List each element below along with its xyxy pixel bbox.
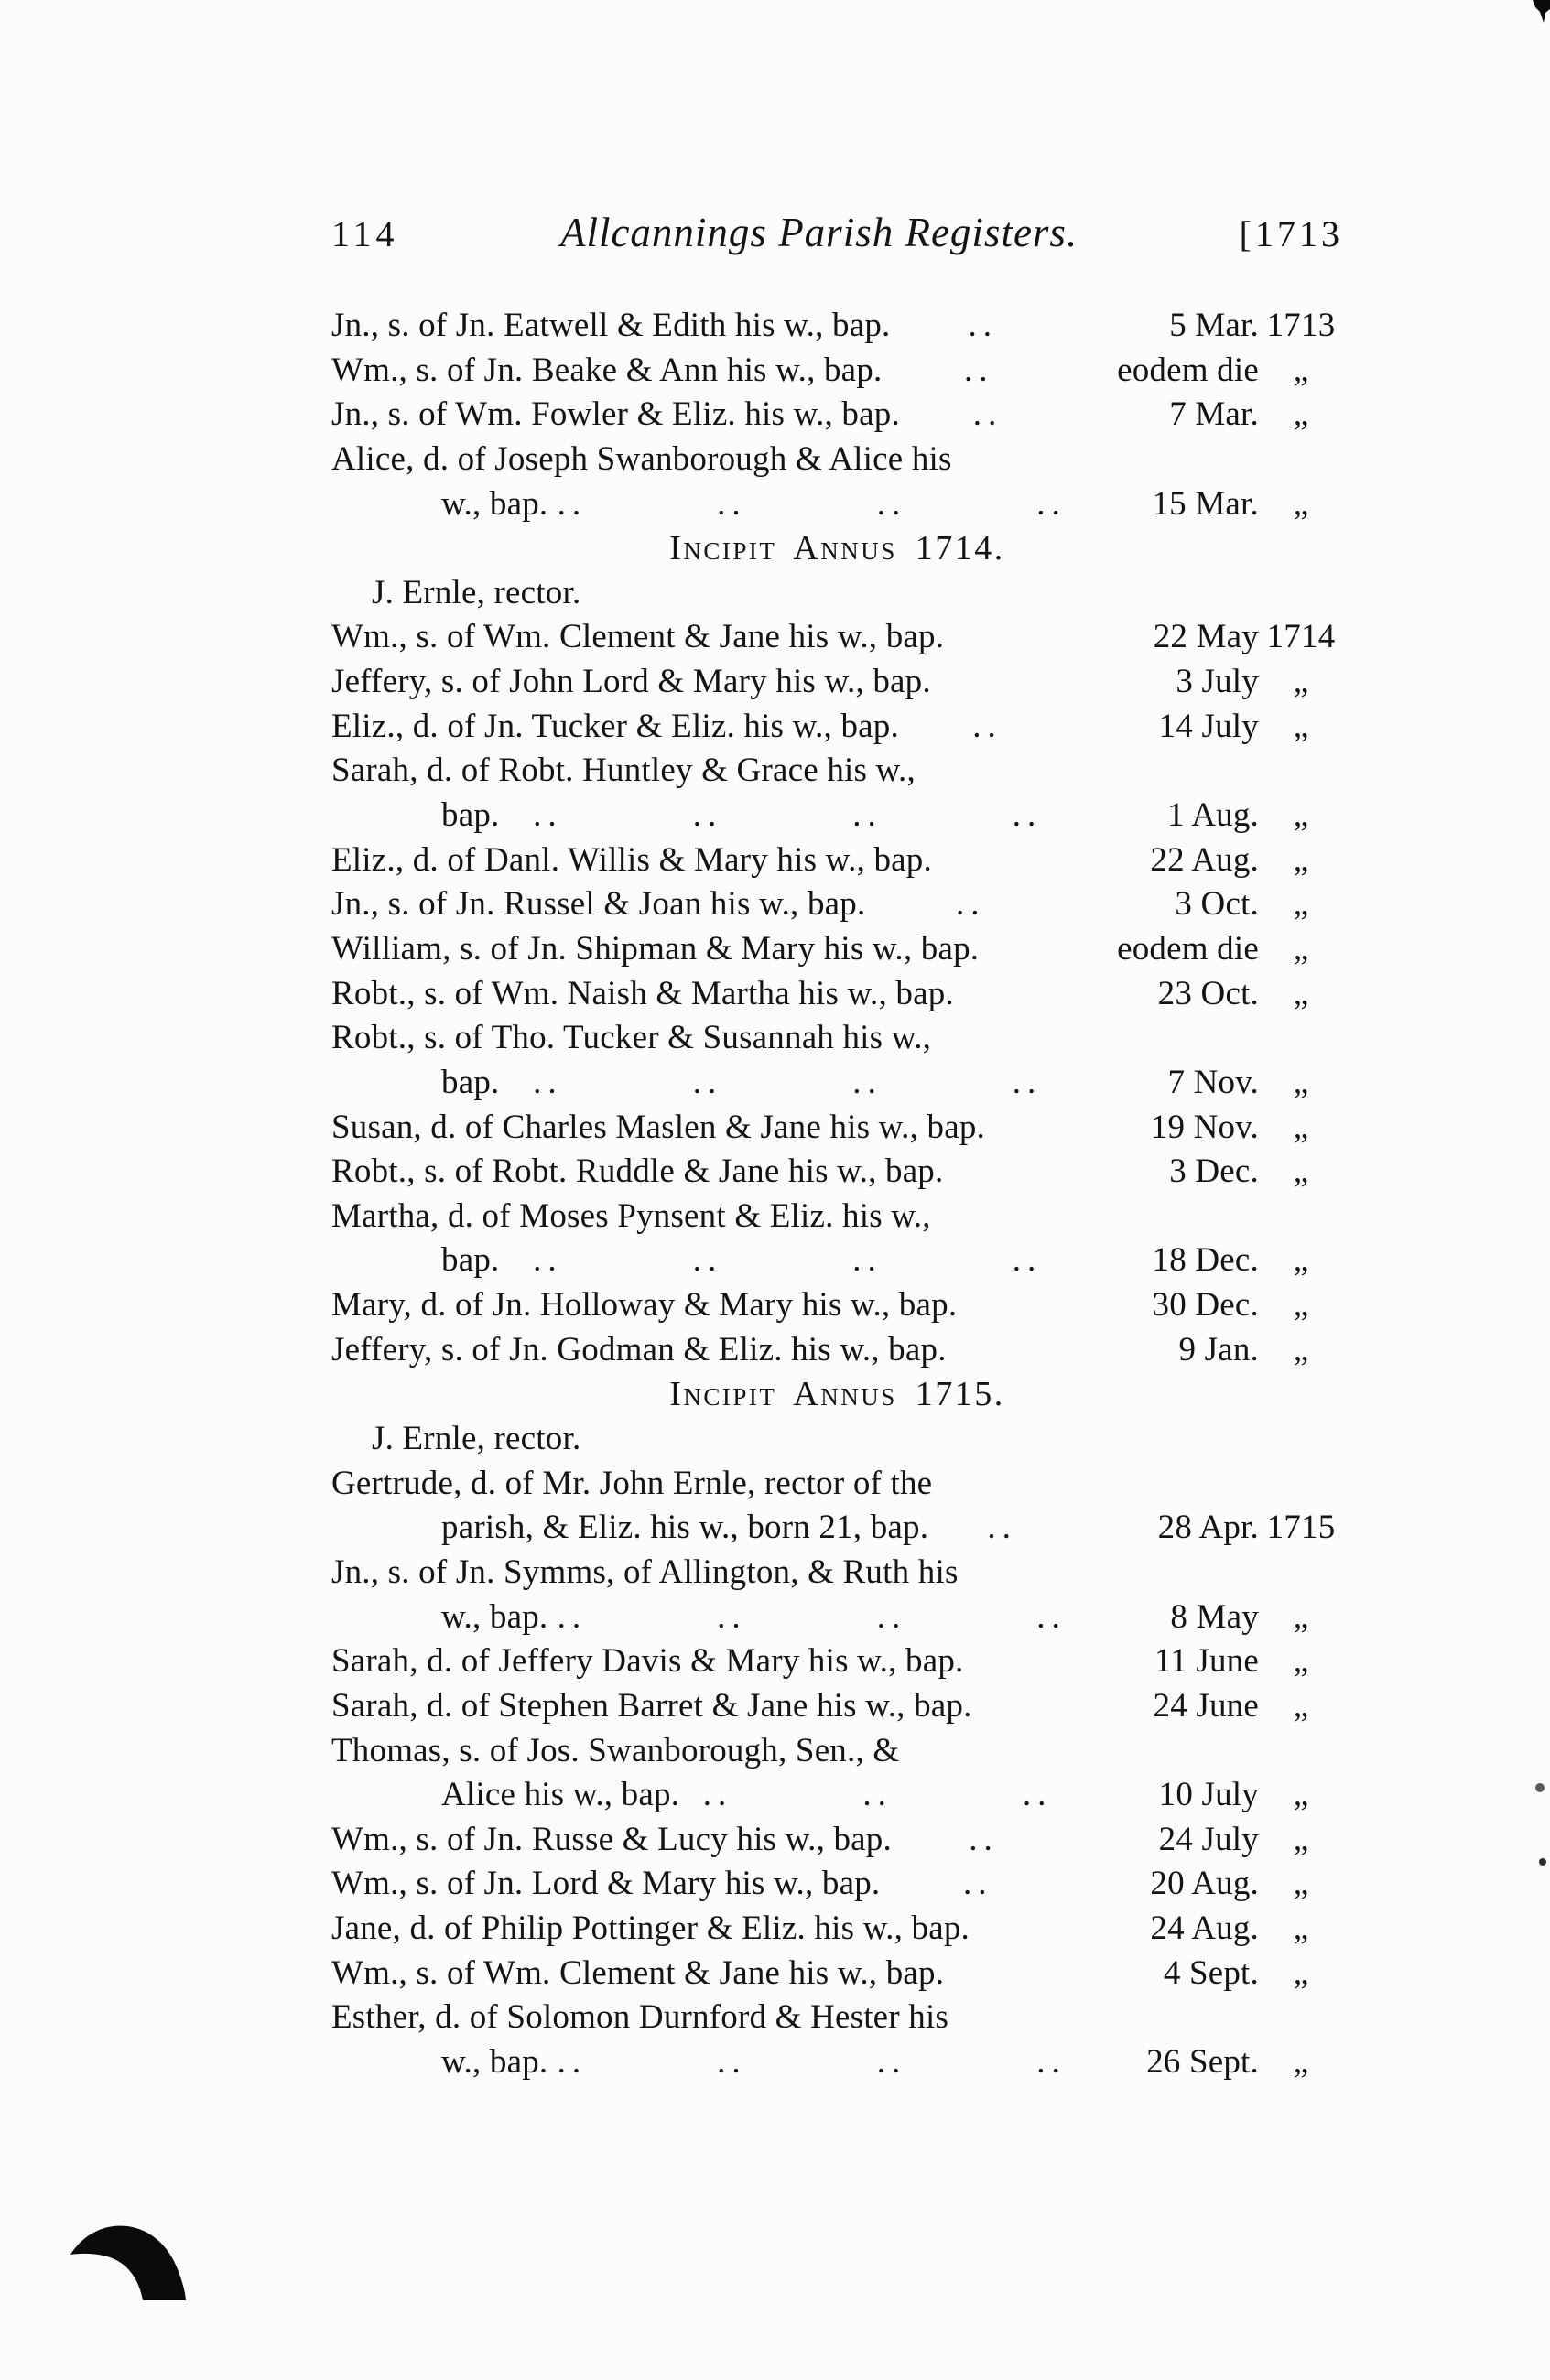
register-entry-line: Sarah, d. of Jeffery Davis & Mary his w.… bbox=[331, 1639, 1343, 1684]
entry-year: „ bbox=[1259, 882, 1343, 927]
entry-text: Wm., s. of Jn. Lord & Mary his w., bap. bbox=[331, 1862, 880, 1907]
entry-date: 24 July bbox=[1076, 1818, 1259, 1863]
entry-year: „ bbox=[1259, 1862, 1343, 1907]
entry-date: 28 Apr. bbox=[1076, 1506, 1259, 1551]
register-entry-line: Eliz., d. of Jn. Tucker & Eliz. his w., … bbox=[331, 705, 1343, 750]
incipit-annus-text: Incipit Annus 1715. bbox=[669, 1372, 1005, 1417]
dot-leader: .. .. .. .. bbox=[499, 794, 1076, 838]
entry-date: 24 Aug. bbox=[1076, 1907, 1259, 1952]
entry-text: Martha, d. of Moses Pynsent & Eliz. his … bbox=[331, 1195, 931, 1239]
entry-date: 10 July bbox=[1076, 1773, 1259, 1818]
header-year-bracket: [1713 bbox=[1240, 212, 1343, 255]
register-entry-line: Wm., s. of Wm. Clement & Jane his w., ba… bbox=[331, 615, 1343, 660]
register-entry-continuation: Martha, d. of Moses Pynsent & Eliz. his … bbox=[331, 1195, 1343, 1239]
entry-text: Gertrude, d. of Mr. John Ernle, rector o… bbox=[331, 1462, 932, 1507]
entry-date: 19 Nov. bbox=[1076, 1106, 1259, 1151]
incipit-annus-heading: Incipit Annus 1714. bbox=[331, 526, 1343, 571]
ink-speck-right-upper bbox=[1535, 1783, 1545, 1792]
entry-year: „ bbox=[1259, 1596, 1343, 1640]
register-entry-line: bap. .. .. .. .. 18 Dec. „ bbox=[331, 1239, 1343, 1283]
rector-text: J. Ernle, rector. bbox=[372, 1417, 580, 1462]
entry-date: 24 June bbox=[1076, 1684, 1259, 1729]
register-entry-line: parish, & Eliz. his w., born 21, bap. ..… bbox=[331, 1506, 1343, 1551]
register-entry-line: w., bap. .. .. .. .. 26 Sept. „ bbox=[331, 2040, 1343, 2085]
entry-year: „ bbox=[1259, 1150, 1343, 1195]
entry-text: Sarah, d. of Robt. Huntley & Grace his w… bbox=[331, 749, 916, 794]
entry-text: Alice, d. of Joseph Swanborough & Alice … bbox=[331, 438, 952, 482]
entry-year: „ bbox=[1259, 1773, 1343, 1818]
register-entry-continuation: Robt., s. of Tho. Tucker & Susannah his … bbox=[331, 1016, 1343, 1061]
register-entry-line: Robt., s. of Wm. Naish & Martha his w., … bbox=[331, 972, 1343, 1017]
entry-text: Jn., s. of Jn. Symms, of Allington, & Ru… bbox=[331, 1551, 959, 1596]
dot-leader: .. bbox=[928, 1506, 1076, 1551]
entry-text: Robt., s. of Robt. Ruddle & Jane his w.,… bbox=[331, 1150, 943, 1195]
register-entry-line: Wm., s. of Wm. Clement & Jane his w., ba… bbox=[331, 1952, 1343, 1996]
scanned-book-page: 114 Allcannings Parish Registers. [1713 … bbox=[0, 0, 1550, 2380]
entry-year: „ bbox=[1259, 1907, 1343, 1952]
dot-leader: .. .. .. .. bbox=[499, 1061, 1076, 1106]
entry-text: Sarah, d. of Stephen Barret & Jane his w… bbox=[331, 1684, 972, 1729]
entry-date: 7 Nov. bbox=[1076, 1061, 1259, 1106]
entry-text: Jn., s. of Jn. Eatwell & Edith his w., b… bbox=[331, 304, 890, 349]
entry-year: „ bbox=[1259, 1639, 1343, 1684]
dot-leader: .. bbox=[880, 1862, 1076, 1907]
entry-text: bap. bbox=[441, 1239, 499, 1283]
dot-leader: .. .. .. .. bbox=[547, 1596, 1076, 1640]
entry-text: Esther, d. of Solomon Durnford & Hester … bbox=[331, 1996, 948, 2040]
entry-year: „ bbox=[1259, 838, 1343, 883]
entry-date: 23 Oct. bbox=[1076, 972, 1259, 1017]
entry-year: „ bbox=[1259, 794, 1343, 838]
entry-text: Jane, d. of Philip Pottinger & Eliz. his… bbox=[331, 1907, 970, 1952]
dot-leader: .. bbox=[882, 349, 1076, 394]
entry-date: 4 Sept. bbox=[1076, 1952, 1259, 1996]
entry-year: „ bbox=[1259, 1952, 1343, 1996]
page-number: 114 bbox=[331, 212, 399, 255]
entry-text: Jn., s. of Jn. Russel & Joan his w., bap… bbox=[331, 882, 865, 927]
register-entry-line: Jn., s. of Jn. Russel & Joan his w., bap… bbox=[331, 882, 1343, 927]
entry-year: „ bbox=[1259, 1818, 1343, 1863]
entry-date: 9 Jan. bbox=[1076, 1328, 1259, 1373]
register-entry-line: William, s. of Jn. Shipman & Mary his w.… bbox=[331, 927, 1343, 972]
ink-mark-top-right bbox=[1533, 0, 1550, 23]
entry-year: „ bbox=[1259, 482, 1343, 527]
dot-leader: .. .. .. .. bbox=[499, 1239, 1076, 1283]
register-entry-line: Jane, d. of Philip Pottinger & Eliz. his… bbox=[331, 1907, 1343, 1952]
register-entry-line: Mary, d. of Jn. Holloway & Mary his w., … bbox=[331, 1283, 1343, 1328]
entry-date: 22 Aug. bbox=[1076, 838, 1259, 883]
entry-text: Sarah, d. of Jeffery Davis & Mary his w.… bbox=[331, 1639, 963, 1684]
entry-date: 11 June bbox=[1076, 1639, 1259, 1684]
running-head: 114 Allcannings Parish Registers. [1713 bbox=[331, 209, 1343, 256]
entry-date: 7 Mar. bbox=[1076, 393, 1259, 438]
entry-date: 14 July bbox=[1076, 705, 1259, 750]
register-entry-continuation: Alice, d. of Joseph Swanborough & Alice … bbox=[331, 438, 1343, 482]
entry-year: „ bbox=[1259, 2040, 1343, 2085]
register-entry-continuation: Jn., s. of Jn. Symms, of Allington, & Ru… bbox=[331, 1551, 1343, 1596]
register-entry-continuation: Esther, d. of Solomon Durnford & Hester … bbox=[331, 1996, 1343, 2040]
entry-year: 1714 bbox=[1259, 615, 1343, 660]
entry-date: 30 Dec. bbox=[1076, 1283, 1259, 1328]
register-entry-line: w., bap. .. .. .. .. 15 Mar. „ bbox=[331, 482, 1343, 527]
entry-text: bap. bbox=[441, 1061, 499, 1106]
entry-text: Wm., s. of Wm. Clement & Jane his w., ba… bbox=[331, 615, 944, 660]
entry-text: Mary, d. of Jn. Holloway & Mary his w., … bbox=[331, 1283, 957, 1328]
entry-text: Susan, d. of Charles Maslen & Jane his w… bbox=[331, 1106, 985, 1151]
ink-speck-right-lower bbox=[1539, 1858, 1546, 1866]
entry-text: Eliz., d. of Danl. Willis & Mary his w.,… bbox=[331, 838, 932, 883]
register-lines: Jn., s. of Jn. Eatwell & Edith his w., b… bbox=[331, 304, 1343, 2085]
incipit-annus-text: Incipit Annus 1714. bbox=[669, 526, 1005, 571]
register-entry-continuation: Gertrude, d. of Mr. John Ernle, rector o… bbox=[331, 1462, 1343, 1507]
ink-blot-bottom-left bbox=[70, 2226, 186, 2300]
register-entry-line: Wm., s. of Jn. Lord & Mary his w., bap. … bbox=[331, 1862, 1343, 1907]
entry-date: 3 Oct. bbox=[1076, 882, 1259, 927]
entry-date: 18 Dec. bbox=[1076, 1239, 1259, 1283]
entry-year: „ bbox=[1259, 393, 1343, 438]
entry-date: 5 Mar. bbox=[1076, 304, 1259, 349]
register-entry-continuation: Sarah, d. of Robt. Huntley & Grace his w… bbox=[331, 749, 1343, 794]
rector-text: J. Ernle, rector. bbox=[372, 571, 580, 616]
entry-text: Jn., s. of Wm. Fowler & Eliz. his w., ba… bbox=[331, 393, 900, 438]
entry-year: „ bbox=[1259, 927, 1343, 972]
entry-text: Wm., s. of Wm. Clement & Jane his w., ba… bbox=[331, 1952, 944, 1996]
entry-year: „ bbox=[1259, 349, 1343, 394]
entry-year: „ bbox=[1259, 660, 1343, 705]
register-entry-line: Alice his w., bap. .. .. .. 10 July „ bbox=[331, 1773, 1343, 1818]
entry-text: Wm., s. of Jn. Beake & Ann his w., bap. bbox=[331, 349, 882, 394]
register-entry-line: w., bap. .. .. .. .. 8 May „ bbox=[331, 1596, 1343, 1640]
entry-text: Thomas, s. of Jos. Swanborough, Sen., & bbox=[331, 1729, 899, 1774]
page-title: Allcannings Parish Registers. bbox=[399, 209, 1240, 256]
entry-text: parish, & Eliz. his w., born 21, bap. bbox=[441, 1506, 928, 1551]
entry-text: w., bap. bbox=[441, 2040, 547, 2085]
dot-leader: .. .. .. .. bbox=[547, 482, 1076, 527]
entry-date: 22 May bbox=[1076, 615, 1259, 660]
entry-text: w., bap. bbox=[441, 1596, 547, 1640]
register-entry-line: Jeffery, s. of John Lord & Mary his w., … bbox=[331, 660, 1343, 705]
dot-leader: .. bbox=[890, 304, 1076, 349]
entry-year: „ bbox=[1259, 1684, 1343, 1729]
register-entry-line: Wm., s. of Jn. Beake & Ann his w., bap. … bbox=[331, 349, 1343, 394]
entry-text: Jeffery, s. of John Lord & Mary his w., … bbox=[331, 660, 931, 705]
entry-date: 3 Dec. bbox=[1076, 1150, 1259, 1195]
entry-date: 1 Aug. bbox=[1076, 794, 1259, 838]
entry-year: „ bbox=[1259, 1061, 1343, 1106]
entry-text: Jeffery, s. of Jn. Godman & Eliz. his w.… bbox=[331, 1328, 947, 1373]
register-entry-line: bap. .. .. .. .. 7 Nov. „ bbox=[331, 1061, 1343, 1106]
entry-date: 3 July bbox=[1076, 660, 1259, 705]
entry-date: eodem die bbox=[1076, 349, 1259, 394]
entry-text: Robt., s. of Tho. Tucker & Susannah his … bbox=[331, 1016, 931, 1061]
entry-year: „ bbox=[1259, 1283, 1343, 1328]
rector-line: J. Ernle, rector. bbox=[331, 571, 1343, 616]
entry-text: Wm., s. of Jn. Russe & Lucy his w., bap. bbox=[331, 1818, 892, 1863]
register-entry-line: Jeffery, s. of Jn. Godman & Eliz. his w.… bbox=[331, 1328, 1343, 1373]
entry-text: Eliz., d. of Jn. Tucker & Eliz. his w., … bbox=[331, 705, 899, 750]
rector-line: J. Ernle, rector. bbox=[331, 1417, 1343, 1462]
entry-year: „ bbox=[1259, 972, 1343, 1017]
dot-leader: .. .. .. bbox=[679, 1773, 1076, 1818]
entry-date: 26 Sept. bbox=[1076, 2040, 1259, 2085]
entry-text: Robt., s. of Wm. Naish & Martha his w., … bbox=[331, 972, 954, 1017]
dot-leader: .. bbox=[899, 705, 1076, 750]
register-entry-line: Sarah, d. of Stephen Barret & Jane his w… bbox=[331, 1684, 1343, 1729]
entry-text: bap. bbox=[441, 794, 499, 838]
register-entry-continuation: Thomas, s. of Jos. Swanborough, Sen., & bbox=[331, 1729, 1343, 1774]
dot-leader: .. bbox=[900, 393, 1076, 438]
register-entry-line: Jn., s. of Jn. Eatwell & Edith his w., b… bbox=[331, 304, 1343, 349]
entry-date: 15 Mar. bbox=[1076, 482, 1259, 527]
incipit-annus-heading: Incipit Annus 1715. bbox=[331, 1372, 1343, 1417]
entry-date: eodem die bbox=[1076, 927, 1259, 972]
register-entry-line: Eliz., d. of Danl. Willis & Mary his w.,… bbox=[331, 838, 1343, 883]
register-entry-line: Jn., s. of Wm. Fowler & Eliz. his w., ba… bbox=[331, 393, 1343, 438]
entry-year: „ bbox=[1259, 1239, 1343, 1283]
entry-year: 1713 bbox=[1259, 304, 1343, 349]
register-entry-line: Susan, d. of Charles Maslen & Jane his w… bbox=[331, 1106, 1343, 1151]
entry-text: w., bap. bbox=[441, 482, 547, 527]
entry-year: „ bbox=[1259, 705, 1343, 750]
dot-leader: .. bbox=[865, 882, 1076, 927]
entry-date: 20 Aug. bbox=[1076, 1862, 1259, 1907]
entry-year: „ bbox=[1259, 1328, 1343, 1373]
register-entry-line: bap. .. .. .. .. 1 Aug. „ bbox=[331, 794, 1343, 838]
dot-leader: .. bbox=[892, 1818, 1076, 1863]
register-entry-line: Robt., s. of Robt. Ruddle & Jane his w.,… bbox=[331, 1150, 1343, 1195]
entry-year: 1715 bbox=[1259, 1506, 1343, 1551]
entry-text: Alice his w., bap. bbox=[441, 1773, 679, 1818]
register-entry-line: Wm., s. of Jn. Russe & Lucy his w., bap.… bbox=[331, 1818, 1343, 1863]
dot-leader: .. .. .. .. bbox=[547, 2040, 1076, 2085]
entry-date: 8 May bbox=[1076, 1596, 1259, 1640]
entry-text: William, s. of Jn. Shipman & Mary his w.… bbox=[331, 927, 979, 972]
entry-year: „ bbox=[1259, 1106, 1343, 1151]
